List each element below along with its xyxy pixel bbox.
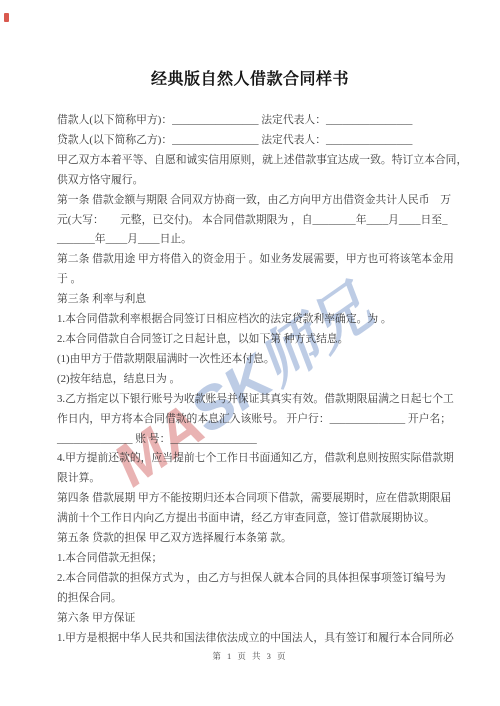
contract-text-line: 2.本合同借款自合同签订之日起计息，以如下第 种方式结息。: [57, 330, 449, 350]
contract-text-line: ______________ 账 号：________________: [57, 430, 449, 450]
contract-text-line: 借款人(以下简称甲方)：________________ 法定代表人：_____…: [57, 111, 449, 131]
page-number-footer: 第 1 页 共 3 页: [0, 650, 500, 662]
contract-page: MASK师兄 经典版自然人借款合同样书 借款人(以下简称甲方)：________…: [0, 0, 500, 706]
corner-red-mark: [4, 13, 9, 22]
contract-text-line: 满前十个工作日内向乙方提出书面申请，经乙方审查同意，签订借款展期协议。: [57, 509, 449, 529]
contract-text-line: (2)按年结息，结息日为 。: [57, 370, 449, 390]
contract-text-line: 第一条 借款金额与期限 合同双方协商一致，由乙方向甲方出借资金共计人民币 万: [57, 191, 449, 211]
contract-text-line: 作日内，甲方将本合同借款的本息汇入该账号。 开户行：______________…: [57, 410, 449, 430]
contract-text-line: 4.甲方提前还款的，应当提前七个工作日书面通知乙方，借款利息则按照实际借款期: [57, 449, 449, 469]
contract-text-line: 第四条 借款展期 甲方不能按期归还本合同项下借款，需要展期时，应在借款期限届: [57, 489, 449, 509]
contract-body: 借款人(以下简称甲方)：________________ 法定代表人：_____…: [57, 111, 449, 648]
contract-text-line: 1.甲方是根据中华人民共和国法律依法成立的中国法人，具有签订和履行本合同所必: [57, 629, 449, 649]
contract-text-line: (1)由甲方于借款期限届满时一次性还本付息。: [57, 350, 449, 370]
contract-text-line: 第二条 借款用途 甲方将借入的资金用于 。如业务发展需要，甲方也可将该笔本金用: [57, 250, 449, 270]
contract-text-line: 的担保合同。: [57, 589, 449, 609]
contract-text-line: 于 。: [57, 270, 449, 290]
contract-text-line: 元(大写： 元整，已交付)。 本合同借款期限为 ，自________年____月…: [57, 211, 449, 231]
contract-text-line: 1.本合同借款无担保；: [57, 549, 449, 569]
contract-text-line: _______年____月____日止。: [57, 230, 449, 250]
contract-text-line: 3.乙方指定以下银行账号为收款账号并保证其真实有效。借款期限届满之日起七个工: [57, 390, 449, 410]
contract-text-line: 供双方恪守履行。: [57, 171, 449, 191]
contract-text-line: 第六条 甲方保证: [57, 609, 449, 629]
contract-text-line: 1.本合同借款利率根据合同签订日相应档次的法定贷款利率确定。为 。: [57, 310, 449, 330]
contract-text-line: 2.本合同借款的担保方式为 ，由乙方与担保人就本合同的具体担保事项签订编号为: [57, 569, 449, 589]
contract-text-line: 第三条 利率与利息: [57, 290, 449, 310]
contract-text-line: 第五条 贷款的担保 甲乙双方选择履行本条第 款。: [57, 529, 449, 549]
page-title: 经典版自然人借款合同样书: [0, 66, 500, 89]
contract-text-line: 甲乙双方本着平等、自愿和诚实信用原则，就上述借款事宜达成一致。特订立本合同，: [57, 151, 449, 171]
contract-text-line: 限计算。: [57, 469, 449, 489]
contract-text-line: 贷款人(以下简称乙方)：________________ 法定代表人：_____…: [57, 131, 449, 151]
